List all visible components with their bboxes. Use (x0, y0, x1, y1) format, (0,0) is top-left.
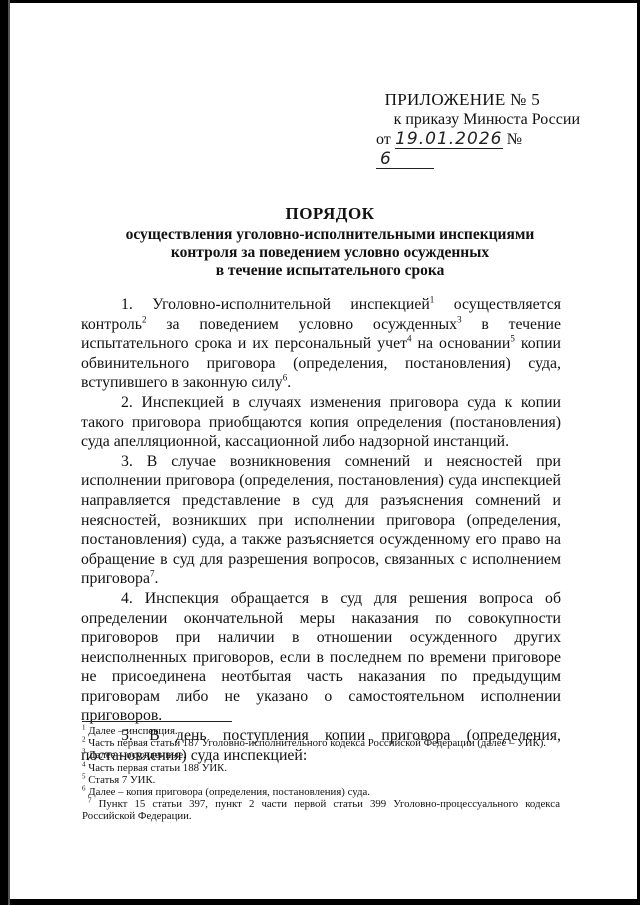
footnote-5: 5 Статья 7 УИК. (82, 774, 560, 786)
paragraph-4: 4. Инспекция обращается в суд для решени… (81, 589, 561, 726)
paragraph-3: 3. В случае возникновения сомнений и нея… (81, 452, 561, 589)
footnote-number: 6 (82, 784, 86, 792)
footnote-7: 7 Пункт 15 статьи 397, пункт 2 части пер… (82, 798, 560, 822)
handwritten-number: 6 (376, 151, 434, 169)
footnote-number: 5 (82, 772, 86, 780)
heading-title: ПОРЯДОК (100, 205, 560, 223)
footnotes: 1 Далее – инспекция. 2 Часть первая стат… (82, 725, 560, 823)
text-span: 1. Уголовно-исполнительной инспекцией (121, 296, 430, 313)
footnote-number: 1 (82, 723, 86, 731)
footnote-text: Далее – копия приговора (определения, по… (88, 786, 370, 798)
document-body: 1. Уголовно-исполнительной инспекцией1 о… (81, 295, 561, 765)
date-prefix: от (376, 131, 391, 148)
document-heading: ПОРЯДОК осуществления уголовно-исполните… (100, 205, 560, 280)
footnote-number: 2 (82, 736, 86, 744)
footnote-6: 6 Далее – копия приговора (определения, … (82, 786, 560, 798)
footnote-2: 2 Часть первая статьи 187 Уголовно-испол… (82, 737, 560, 749)
footnote-text: Часть первая статьи 187 Уголовно-исполни… (88, 737, 546, 749)
number-prefix: № (507, 131, 522, 148)
text-span: за поведением условно осужденных (147, 316, 458, 333)
footnote-number: 7 (88, 797, 92, 805)
footnote-3: 3 Далее – осужденные. (82, 749, 560, 761)
text-span: на основании (412, 335, 511, 352)
footnote-separator (82, 721, 232, 722)
footnote-text: Часть первая статьи 188 УИК. (88, 762, 227, 774)
footnote-text: Далее – инспекция. (88, 725, 177, 737)
order-date-number: от 19.01.2026 № 6 (340, 130, 580, 170)
paragraph-2: 2. Инспекцией в случаях изменения пригов… (81, 393, 561, 452)
heading-line-2: контроля за поведением условно осужденны… (100, 244, 560, 262)
text-span: . (287, 374, 291, 391)
footnote-text: Статья 7 УИК. (88, 774, 155, 786)
text-span: . (154, 570, 158, 587)
appendix-title: ПРИЛОЖЕНИЕ № 5 (340, 90, 580, 110)
appendix-block: ПРИЛОЖЕНИЕ № 5 к приказу Минюста России … (340, 90, 580, 170)
handwritten-date: 19.01.2026 (395, 131, 503, 149)
footnote-text: Пункт 15 статьи 397, пункт 2 части перво… (82, 798, 560, 822)
heading-line-1: осуществления уголовно-исполнительными и… (100, 226, 560, 244)
text-span: 3. В случае возникновения сомнений и нея… (81, 453, 561, 588)
footnote-1: 1 Далее – инспекция. (82, 725, 560, 737)
footnote-number: 3 (82, 748, 86, 756)
footnote-number: 4 (82, 760, 86, 768)
order-reference: к приказу Минюста России (340, 110, 580, 130)
footnote-4: 4 Часть первая статьи 188 УИК. (82, 762, 560, 774)
footnote-text: Далее – осужденные. (88, 749, 186, 761)
paragraph-1: 1. Уголовно-исполнительной инспекцией1 о… (81, 295, 561, 393)
heading-line-3: в течение испытательного срока (100, 262, 560, 280)
